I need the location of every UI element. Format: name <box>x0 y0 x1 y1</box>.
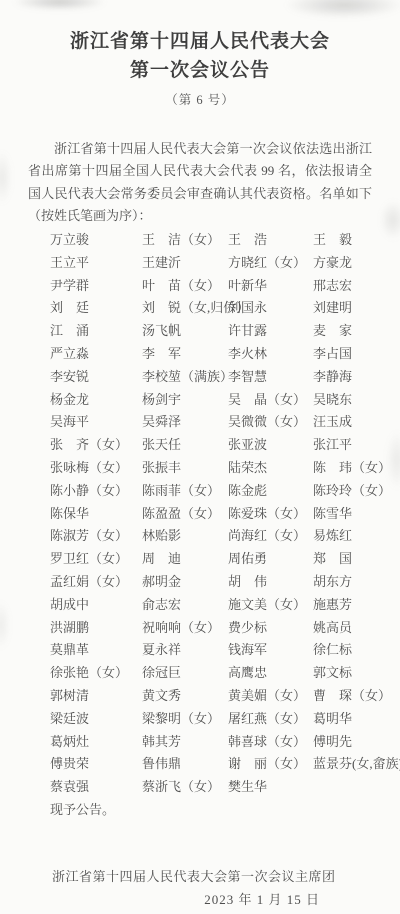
delegate-name: 郝明金 <box>142 571 228 594</box>
delegate-name: 曹 琛（女） <box>313 685 400 708</box>
name-row: 孟红娟（女）郝明金胡 伟胡东方 <box>50 571 400 594</box>
delegate-name: 陈 玮（女） <box>313 457 400 480</box>
delegate-name: 李火林 <box>228 343 313 366</box>
document-header: 浙江省第十四届人民代表大会 第一次会议公告 （第 6 号） <box>0 30 400 108</box>
delegate-name: 钱海军 <box>228 639 313 662</box>
name-row: 胡成中俞志宏施文美（女）施惠芳 <box>50 594 400 617</box>
delegate-name: 胡 伟 <box>228 571 313 594</box>
delegate-name: 陈爱珠（女） <box>228 503 313 526</box>
delegate-name: 孟红娟（女） <box>50 571 142 594</box>
delegate-name: 易炼红 <box>313 525 400 548</box>
delegate-name: 罗卫红（女） <box>50 548 142 571</box>
delegate-name: 俞志宏 <box>142 594 228 617</box>
delegate-name: 邢志宏 <box>313 275 400 298</box>
delegate-name: 傅明先 <box>313 731 400 754</box>
delegate-name: 许甘露 <box>228 320 313 343</box>
delegate-name: 樊生华 <box>228 776 313 799</box>
delegate-name: 祝响响（女） <box>142 617 228 640</box>
delegate-name: 叶 苗（女） <box>142 275 228 298</box>
name-row: 徐张艳（女）徐冠巨高鹰忠郭文标 <box>50 662 400 685</box>
delegate-name: 施惠芳 <box>313 594 400 617</box>
announcement-document: 浙江省第十四届人民代表大会 第一次会议公告 （第 6 号） 浙江省第十四届人民代… <box>0 0 400 914</box>
delegate-name: 韩喜球（女） <box>228 731 313 754</box>
name-row: 傅贵荣鲁伟鼎谢 丽（女）蓝景芬(女,畲族) <box>50 753 400 776</box>
delegate-name: 周佑勇 <box>228 548 313 571</box>
document-date: 2023 年 1 月 15 日 <box>0 889 320 911</box>
name-row: 蔡袁强蔡浙飞（女）樊生华 <box>50 776 400 799</box>
delegate-name: 屠红燕（女） <box>228 708 313 731</box>
delegate-name: 尚海红（女） <box>228 525 313 548</box>
delegate-name: 梁黎明（女） <box>142 708 228 731</box>
name-row: 陈小静（女）陈雨菲（女）陈金彪陈玲玲（女） <box>50 480 400 503</box>
delegate-name: 叶新华 <box>228 275 313 298</box>
delegate-name: 杨剑宇 <box>142 389 228 412</box>
name-row: 杨金龙杨剑宇吴 晶（女）吴晓东 <box>50 389 400 412</box>
delegate-name: 吴晓东 <box>313 389 400 412</box>
document-title-line-2: 第一次会议公告 <box>0 59 400 83</box>
delegate-name: 刘 廷 <box>50 297 142 320</box>
delegate-name: 黄美媚（女） <box>228 685 313 708</box>
delegate-name: 麦 家 <box>313 320 400 343</box>
delegate-name: 姚高员 <box>313 617 400 640</box>
scan-artifact-top-right <box>284 0 400 18</box>
delegate-name: 陈雪华 <box>313 503 400 526</box>
delegate-name: 陈金彪 <box>228 480 313 503</box>
delegate-name: 郭文标 <box>313 662 400 685</box>
delegate-name: 李校堃（满族） <box>142 366 228 389</box>
delegate-name: 周 迪 <box>142 548 228 571</box>
delegate-name: 方豪龙 <box>313 252 400 275</box>
delegate-name: 吴微微（女） <box>228 411 313 434</box>
delegate-name: 吴海平 <box>50 411 142 434</box>
name-row: 尹学群叶 苗（女）叶新华邢志宏 <box>50 275 400 298</box>
delegate-name: 陈盈盈（女） <box>142 503 228 526</box>
delegate-name: 夏永祥 <box>142 639 228 662</box>
delegate-name: 方晓红（女） <box>228 252 313 275</box>
delegate-name: 谢 丽（女） <box>228 753 313 776</box>
name-row: 吴海平吴舜泽吴微微（女）汪玉成 <box>50 411 400 434</box>
delegate-name: 徐冠巨 <box>142 662 228 685</box>
delegate-name: 郭树清 <box>50 685 142 708</box>
delegate-name: 刘国永 <box>228 297 313 320</box>
intro-paragraph: 浙江省第十四届人民代表大会第一次会议依法选出浙江省出席第十四届全国人民代表大会代… <box>28 138 372 228</box>
delegate-name: 葛明华 <box>313 708 400 731</box>
name-row: 郭树清黄文秀黄美媚（女）曹 琛（女） <box>50 685 400 708</box>
scan-artifact-top-left <box>12 0 107 10</box>
delegate-name: 严立淼 <box>50 343 142 366</box>
delegate-name: 葛炳灶 <box>50 731 142 754</box>
delegate-name: 刘建明 <box>313 297 400 320</box>
delegate-name: 张亚波 <box>228 434 313 457</box>
delegate-name: 张咏梅（女） <box>50 457 142 480</box>
name-row: 万立骏王 洁（女）王 浩王 毅 <box>50 229 400 252</box>
delegate-name: 胡成中 <box>50 594 142 617</box>
delegate-name: 费少标 <box>228 617 313 640</box>
delegate-name: 张江平 <box>313 434 400 457</box>
delegate-name: 万立骏 <box>50 229 142 252</box>
delegate-name: 蔡袁强 <box>50 776 142 799</box>
delegate-name: 王建沂 <box>142 252 228 275</box>
delegate-name: 梁廷波 <box>50 708 142 731</box>
delegate-name: 施文美（女） <box>228 594 313 617</box>
delegate-name: 蔡浙飞（女） <box>142 776 228 799</box>
delegate-name: 汪玉成 <box>313 411 400 434</box>
delegate-name: 洪湖鹏 <box>50 617 142 640</box>
delegate-name: 李静海 <box>313 366 400 389</box>
document-body: 万立骏王 洁（女）王 浩王 毅王立平王建沂方晓红（女）方豪龙尹学群叶 苗（女）叶… <box>0 229 400 822</box>
delegate-name: 李占国 <box>313 343 400 366</box>
name-row: 王立平王建沂方晓红（女）方豪龙 <box>50 252 400 275</box>
issue-number: （第 6 号） <box>0 92 400 108</box>
scan-artifact-left-1 <box>0 150 12 205</box>
name-row: 罗卫红（女）周 迪周佑勇郑 国 <box>50 548 400 571</box>
name-row: 严立淼李 军李火林李占国 <box>50 343 400 366</box>
delegate-name: 陈小静（女） <box>50 480 142 503</box>
delegate-name: 李 军 <box>142 343 228 366</box>
closing-statement: 现予公告。 <box>0 799 400 822</box>
delegate-name: 高鹰忠 <box>228 662 313 685</box>
delegate-name: 蓝景芬(女,畲族) <box>313 753 400 776</box>
name-row: 陈淑芳（女）林贻影尚海红（女）易炼红 <box>50 525 400 548</box>
delegate-name: 张 齐（女） <box>50 434 142 457</box>
delegate-name: 尹学群 <box>50 275 142 298</box>
delegate-name: 陈保华 <box>50 503 142 526</box>
delegate-name: 张振丰 <box>142 457 228 480</box>
delegate-name: 胡东方 <box>313 571 400 594</box>
delegate-name-list: 万立骏王 洁（女）王 浩王 毅王立平王建沂方晓红（女）方豪龙尹学群叶 苗（女）叶… <box>0 229 400 799</box>
name-row: 刘 廷刘 锐（女,归侨）刘国永刘建明 <box>50 297 400 320</box>
delegate-name: 鲁伟鼎 <box>142 753 228 776</box>
delegate-name: 陈玲玲（女） <box>313 480 400 503</box>
delegate-name: 王立平 <box>50 252 142 275</box>
delegate-name: 陈淑芳（女） <box>50 525 142 548</box>
delegate-name: 徐张艳（女） <box>50 662 142 685</box>
delegate-name: 李安锐 <box>50 366 142 389</box>
delegate-name: 陆荣杰 <box>228 457 313 480</box>
delegate-name: 张天任 <box>142 434 228 457</box>
delegate-name: 陈雨菲（女） <box>142 480 228 503</box>
delegate-name: 黄文秀 <box>142 685 228 708</box>
delegate-name: 李智慧 <box>228 366 313 389</box>
name-row: 张咏梅（女）张振丰陆荣杰陈 玮（女） <box>50 457 400 480</box>
delegate-name: 傅贵荣 <box>50 753 142 776</box>
name-row: 陈保华陈盈盈（女）陈爱珠（女）陈雪华 <box>50 503 400 526</box>
name-row: 张 齐（女）张天任张亚波张江平 <box>50 434 400 457</box>
delegate-name: 杨金龙 <box>50 389 142 412</box>
name-row: 葛炳灶韩其芳韩喜球（女）傅明先 <box>50 731 400 754</box>
name-row: 李安锐李校堃（满族）李智慧李静海 <box>50 366 400 389</box>
delegate-name: 王 洁（女） <box>142 229 228 252</box>
delegate-name: 韩其芳 <box>142 731 228 754</box>
delegate-name: 王 浩 <box>228 229 313 252</box>
delegate-name: 徐仁标 <box>313 639 400 662</box>
delegate-name: 吴舜泽 <box>142 411 228 434</box>
delegate-name: 刘 锐（女,归侨） <box>142 297 228 320</box>
delegate-name: 汤飞帆 <box>142 320 228 343</box>
delegate-name: 吴 晶（女） <box>228 389 313 412</box>
document-title-line-1: 浙江省第十四届人民代表大会 <box>0 30 400 54</box>
delegate-name: 郑 国 <box>313 548 400 571</box>
name-row: 江 涌汤飞帆许甘露麦 家 <box>50 320 400 343</box>
delegate-name: 莫鼎革 <box>50 639 142 662</box>
delegate-name: 王 毅 <box>313 229 400 252</box>
delegate-name: 林贻影 <box>142 525 228 548</box>
name-row: 梁廷波梁黎明（女）屠红燕（女）葛明华 <box>50 708 400 731</box>
name-row: 洪湖鹏祝响响（女）费少标姚高员 <box>50 617 400 640</box>
signature-presidium: 浙江省第十四届人民代表大会第一次会议主席团 <box>52 866 336 888</box>
delegate-name: 江 涌 <box>50 320 142 343</box>
name-row: 莫鼎革夏永祥钱海军徐仁标 <box>50 639 400 662</box>
